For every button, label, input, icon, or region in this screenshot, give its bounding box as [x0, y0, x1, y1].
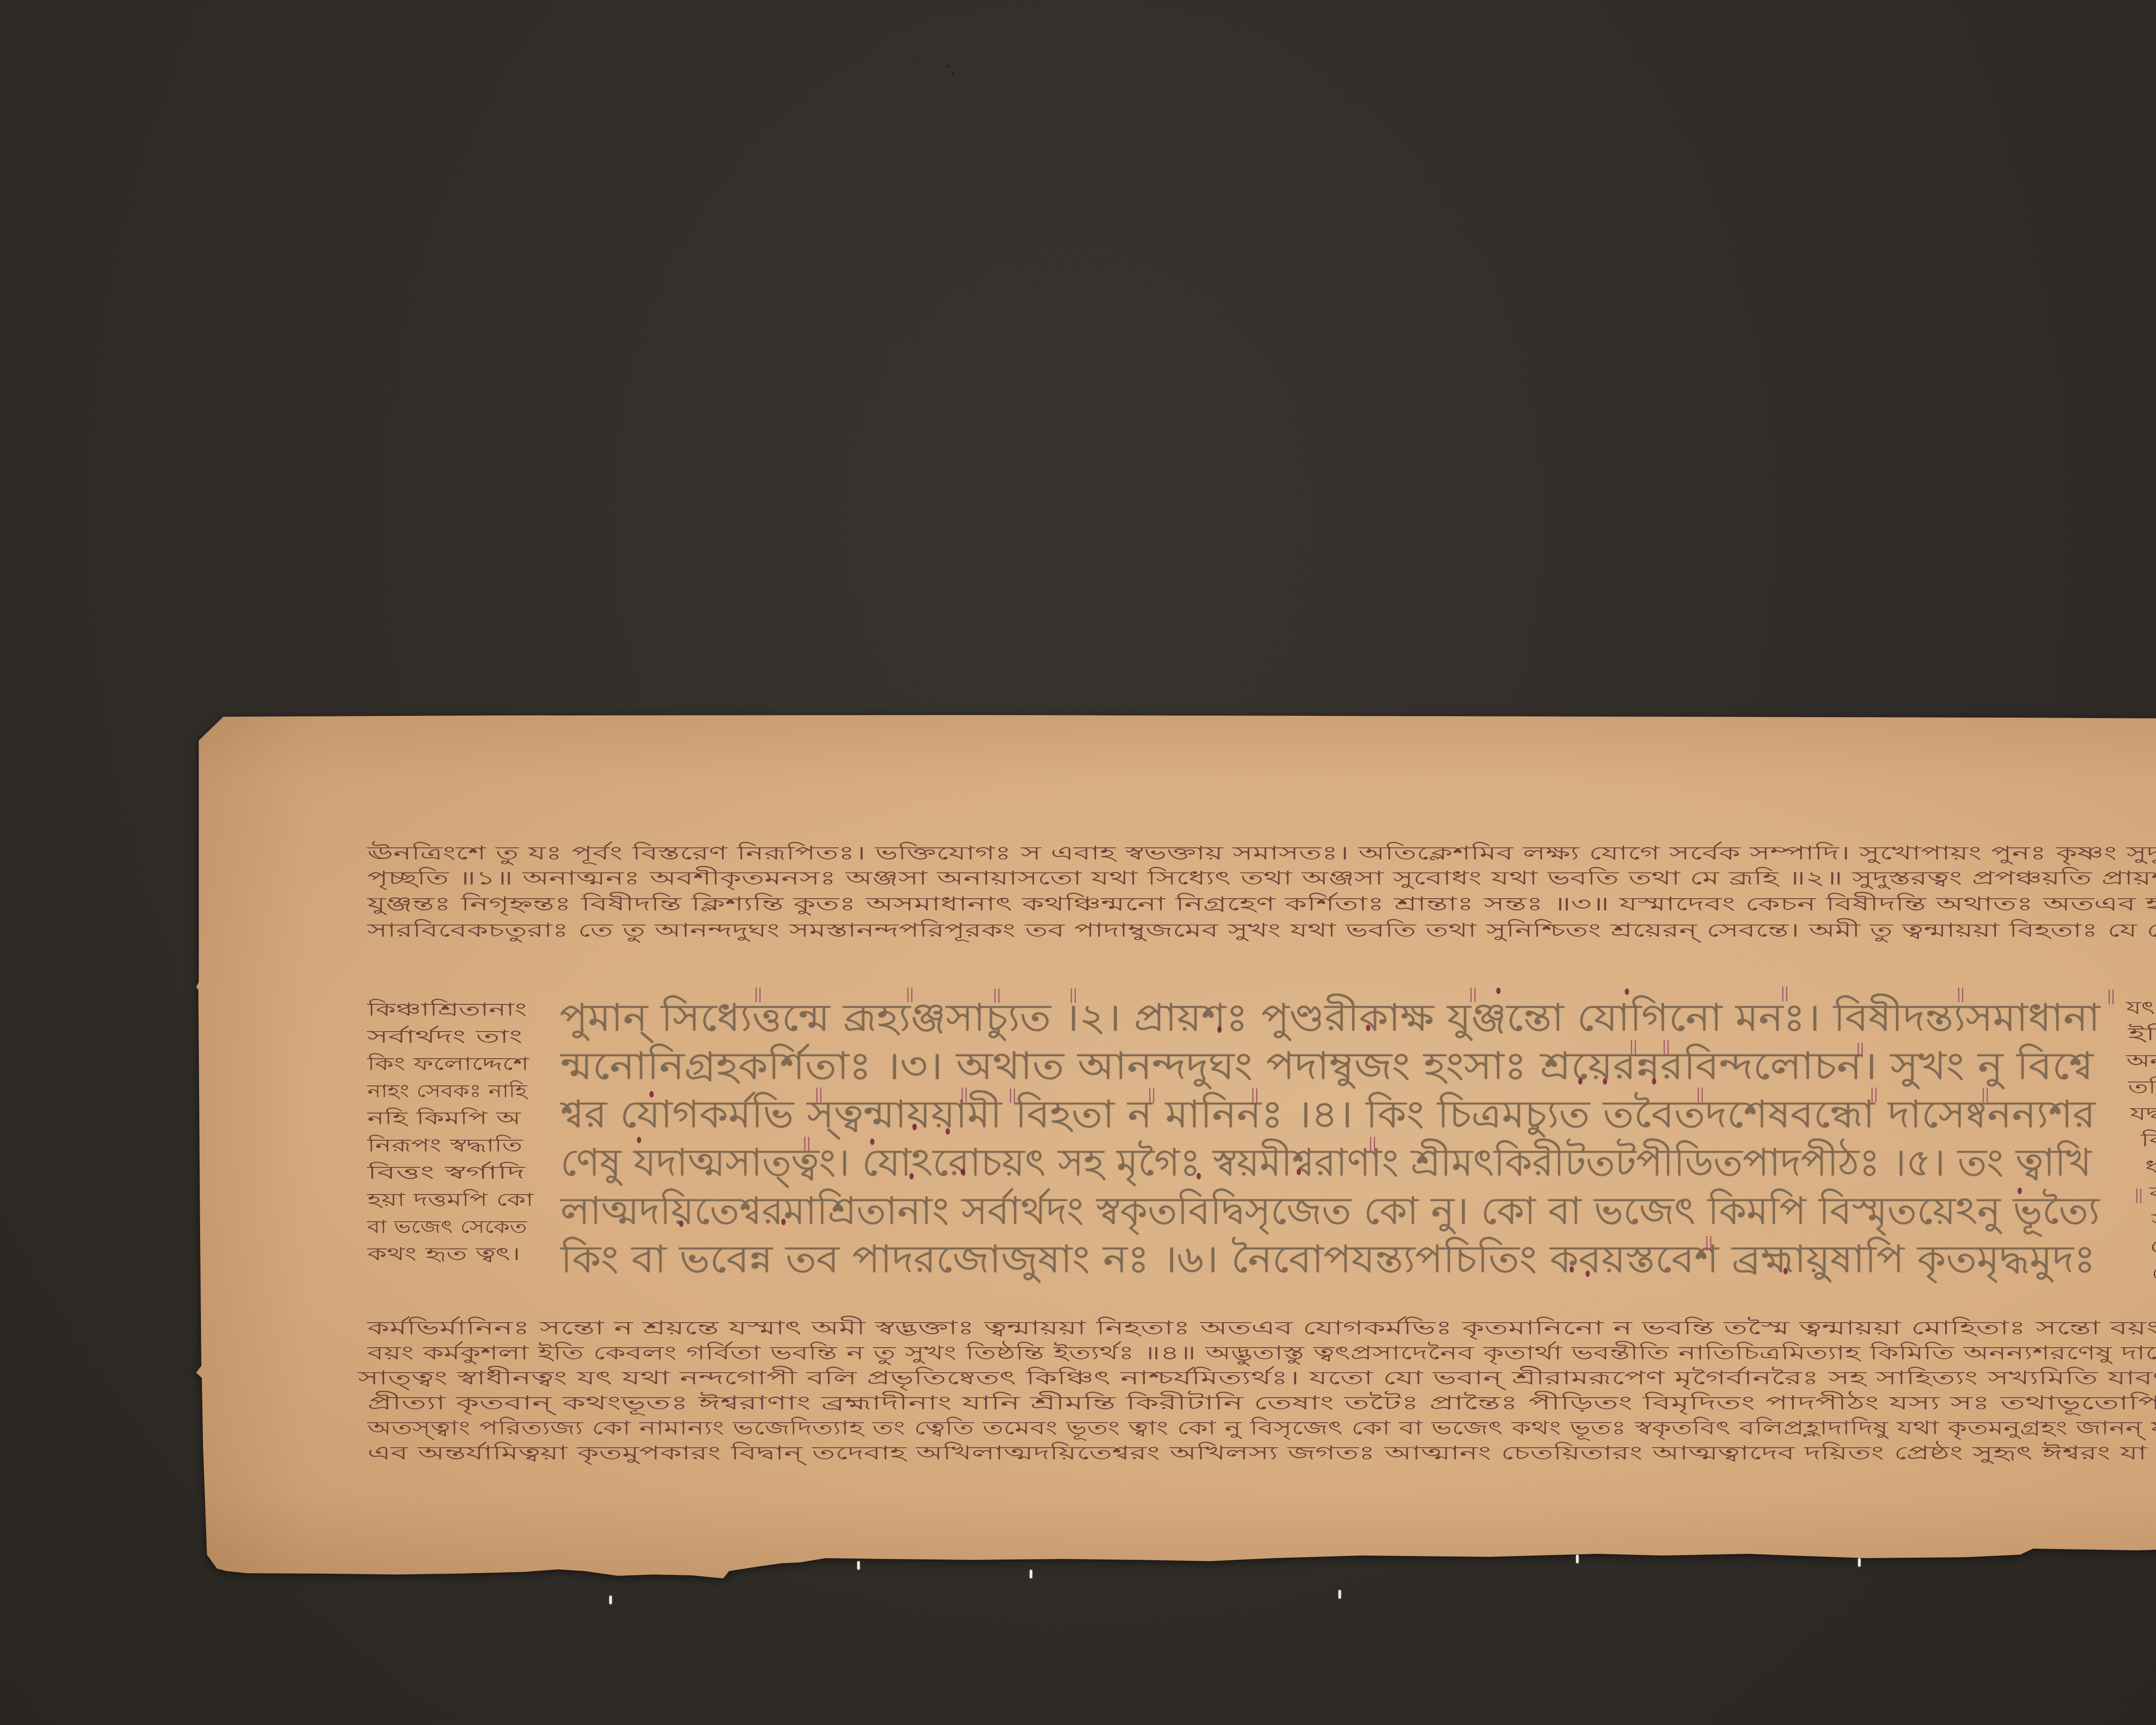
- gloss-line: কিঞ্চাশ্রিতানাং: [367, 997, 527, 1022]
- commentary-line: পৃচ্ছতি ॥১॥ অনাত্মনঃ অবশীকৃতমনসঃ অঞ্জসা …: [367, 866, 2156, 891]
- gloss-line: সং সারস্য বিস্মৃত: [2152, 1207, 2156, 1233]
- gloss-text: নিরূপং স্বদ্ধাতি: [367, 1132, 523, 1158]
- rubric-stroke: [755, 988, 761, 1002]
- commentary-line: কর্মভির্মানিনঃ সন্তো ন শ্রয়ন্তে যস্মাৎ …: [367, 1316, 2156, 1341]
- gloss-text: ইন্দ্রিয়ভোগায়: [2128, 1021, 2156, 1047]
- gloss-line: হয়া দত্তমপি কো: [367, 1187, 533, 1213]
- commentary-line: প্রীত্যা কৃতবান্ কথংভূতঃ ঈশ্বরাণাং ব্রহ্…: [367, 1391, 2156, 1416]
- gloss-text: নাহং সেবকঃ নাহি: [367, 1078, 527, 1104]
- gloss-line: বা ভজেৎ সেকেত: [367, 1214, 527, 1240]
- rubric-stroke: [962, 1088, 967, 1102]
- rubric-stroke: [804, 1137, 809, 1151]
- commentary-line: ঊনত্রিংশে তু যঃ পূর্বং বিস্তরেণ নিরূপিতঃ…: [367, 841, 2156, 866]
- rubric-stroke: [1664, 1040, 1669, 1055]
- rubric-stroke: [1782, 987, 1787, 1001]
- rubric-stroke: [1631, 1040, 1636, 1055]
- gloss-line: সর্বার্থদং তাং: [367, 1024, 523, 1050]
- gloss-line: যদ্বা স্বদ্ধাতি বিত্তং: [2130, 1101, 2156, 1127]
- rubric-dot: [1366, 1025, 1370, 1031]
- gloss-text: বা ভজেৎ সেকেত: [367, 1214, 527, 1240]
- rubric-dot: [909, 1173, 914, 1179]
- rubric-stroke: [1698, 1088, 1703, 1102]
- rubric-dot: [1652, 1078, 1656, 1085]
- rubric-stroke: [2109, 990, 2114, 1004]
- commentary-line: সাত্ত্বং স্বাধীনত্বং যৎ যথা নন্দগোপী বলি…: [358, 1366, 2156, 1391]
- rubric-dot: [1197, 1173, 1201, 1179]
- gloss-line: কথং হৃত ত্বৎ।: [367, 1241, 520, 1267]
- gloss-text: কিঞ্চাশ্রিতানাং: [367, 997, 527, 1022]
- rubric-dot: [1496, 988, 1501, 994]
- pin-head-icon: [609, 1596, 612, 1604]
- pin-head-icon: [857, 1561, 860, 1570]
- verse-text: ণেষু যদাত্মসাত্ত্বং। যোঽরোচয়ৎ সহ মৃগৈঃ …: [561, 1139, 2091, 1186]
- gloss-line: নিরূপং স্বদ্ধাতি: [367, 1132, 523, 1158]
- verse-line: ণেষু যদাত্মসাত্ত্বং। যোঽরোচয়ৎ সহ মৃগৈঃ …: [561, 1139, 2091, 1186]
- rubric-stroke: [1871, 1088, 1877, 1102]
- gloss-text: তদ্বিস্মৃতয়ে ভবতি: [2128, 1074, 2156, 1100]
- commentary-text: কর্মভির্মানিনঃ সন্তো ন শ্রয়ন্তে যস্মাৎ …: [367, 1316, 2156, 1341]
- gloss-text: কিমপি দেবান্তরং: [2141, 1127, 2156, 1153]
- pin-head-icon: [1338, 1590, 1341, 1599]
- commentary-text: প্রীত্যা কৃতবান্ কথংভূতঃ ঈশ্বরাণাং ব্রহ্…: [367, 1391, 2156, 1416]
- verse-text: কিং বা ভবেন্ন তব পাদরজোজুষাং নঃ ।৬। নৈবো…: [561, 1236, 2096, 1283]
- rubric-dot: [781, 1219, 786, 1225]
- rubric-stroke: [1252, 1088, 1257, 1103]
- gloss-line: তদ্বিস্মৃতয়ে ভবতি: [2128, 1074, 2156, 1100]
- rubric-stroke: [816, 1088, 821, 1102]
- rubric-stroke: [1149, 1088, 1154, 1103]
- gloss-text: কো ভজেত নকো: [2152, 1260, 2156, 1286]
- rubric-stroke: [1983, 1088, 1988, 1102]
- pin-head-icon: [1576, 1555, 1579, 1563]
- gloss-line: নহি কিমপি অ: [367, 1105, 520, 1131]
- gloss-text: অনু অনন্তরং এব: [2126, 1048, 2156, 1074]
- gloss-text: কিং ফলোদ্দেশে: [367, 1051, 529, 1077]
- rubric-dot: [1603, 1078, 1607, 1085]
- verse-line: পুমান্ সিধ্যেত্তন্মে ব্রূহ্যঞ্জসাচ্যুত ।…: [560, 994, 2100, 1041]
- gloss-text: হয়া দত্তমপি কো: [367, 1187, 533, 1213]
- commentary-text: সাত্ত্বং স্বাধীনত্বং যৎ যথা নন্দগোপী বলি…: [358, 1366, 2156, 1391]
- verse-text: শ্বর যোগকর্মভি স্ত্বন্মায়য়ামী বিহতা ন …: [561, 1091, 2096, 1138]
- commentary-text: বয়ং কর্মকুশলা ইতি কেবলং গর্বিতা ভবন্তি …: [367, 1341, 2156, 1366]
- gloss-text: কথং হৃত ত্বৎ।: [367, 1241, 520, 1267]
- rubric-dot: [679, 1220, 683, 1227]
- rubric-dot: [912, 1124, 917, 1130]
- rubric-stroke: [1071, 988, 1076, 1003]
- rubric-dot: [870, 1138, 874, 1145]
- rubric-stroke: [1370, 1137, 1375, 1151]
- gloss-text: বা ভূত্যৈ ঐশ্বর্যায়: [2150, 1180, 2156, 1206]
- rubric-stroke: [1010, 1088, 1015, 1103]
- dust-speck: [946, 65, 949, 67]
- gloss-text: ধর্মজ্ঞানাদি সাধনং: [2145, 1154, 2156, 1180]
- gloss-line: অনু অনন্তরং এব: [2126, 1048, 2156, 1074]
- rubric-dot: [946, 1128, 950, 1135]
- commentary-text: অতস্ত্বাং পরিত্যজ্য কো নামান্যং ভজেদিত্য…: [367, 1416, 2156, 1441]
- gloss-line: কিমপি দেবান্তরং: [2141, 1127, 2156, 1153]
- rubric-stroke: [1958, 988, 1963, 1002]
- gloss-line: যৎ কেবলং ভূত্যৈ: [2126, 995, 2156, 1021]
- gloss-line: ইন্দ্রিয়ভোগায়: [2128, 1021, 2156, 1047]
- rubric-stroke: [1706, 1236, 1711, 1251]
- commentary-line: যুঞ্জন্তঃ নিগৃহ্নন্তঃ বিষীদন্তি ক্লিশ্যন…: [367, 892, 2156, 917]
- rubric-dot: [1625, 988, 1629, 995]
- rubric-dot: [1297, 1169, 1301, 1175]
- gloss-line: নাহং সেবকঃ নাহি: [367, 1078, 527, 1104]
- pin-head-icon: [1858, 1558, 1861, 1567]
- rubric-dot: [2018, 1188, 2022, 1194]
- rubric-dot: [649, 1091, 654, 1098]
- gloss-text: সর্বার্থদং তাং: [367, 1024, 523, 1050]
- rubric-dot: [637, 1137, 641, 1143]
- gloss-line: ধর্মজ্ঞানাদি সাধনং: [2145, 1154, 2156, 1180]
- rubric-stroke: [994, 988, 1000, 1003]
- gloss-text: নহি কিমপি অ: [367, 1105, 521, 1131]
- gloss-text: যে মোক্ষায় বা: [2150, 1233, 2156, 1259]
- rubric-dot: [1578, 1078, 1583, 1085]
- verse-text: ন্মনোনিগ্রহকর্শিতাঃ ।৩। অথাত আনন্দদুঘং প…: [561, 1042, 2093, 1090]
- gloss-line: কো ভজেত নকো: [2152, 1260, 2156, 1286]
- gloss-line: যে মোক্ষায় বা: [2150, 1233, 2156, 1259]
- pin-head-icon: [1030, 1570, 1032, 1578]
- commentary-text: সারবিবেকচতুরাঃ তে তু আনন্দদুঘং সমস্তানন্…: [367, 918, 2156, 943]
- rubric-dot: [1783, 1268, 1788, 1274]
- gloss-line: বিত্তং স্বর্গাদি: [367, 1160, 525, 1186]
- commentary-line: অতস্ত্বাং পরিত্যজ্য কো নামান্যং ভজেদিত্য…: [367, 1416, 2156, 1441]
- commentary-line: এব অন্তর্যামিত্বয়া কৃতমুপকারং বিদ্বান্ …: [367, 1441, 2156, 1466]
- gloss-line: বা ভূত্যৈ ঐশ্বর্যায়: [2150, 1180, 2156, 1206]
- commentary-line: বয়ং কর্মকুশলা ইতি কেবলং গর্বিতা ভবন্তি …: [367, 1341, 2156, 1366]
- gloss-text: সং সারস্য বিস্মৃত: [2152, 1207, 2156, 1233]
- verse-text: পুমান্ সিধ্যেত্তন্মে ব্রূহ্যঞ্জসাচ্যুত ।…: [560, 994, 2100, 1041]
- commentary-text: পৃচ্ছতি ॥১॥ অনাত্মনঃ অবশীকৃতমনসঃ অঞ্জসা …: [367, 866, 2156, 891]
- dust-speck: [952, 72, 955, 75]
- rubric-dot: [1586, 1270, 1590, 1277]
- verse-line: শ্বর যোগকর্মভি স্ত্বন্মায়য়ামী বিহতা ন …: [561, 1091, 2096, 1138]
- rubric-dot: [1217, 1026, 1222, 1033]
- gloss-line: কিং ফলোদ্দেশে: [367, 1051, 529, 1077]
- rubric-stroke: [1858, 1043, 1863, 1057]
- verse-text: লাত্মদয়িতেশ্বরমাশ্রিতানাং সর্বার্থদং স্…: [561, 1187, 2100, 1235]
- gloss-text: যৎ কেবলং ভূত্যৈ: [2126, 995, 2156, 1021]
- rubric-dot: [1570, 1266, 1574, 1273]
- rubric-stroke: [1470, 988, 1476, 1002]
- verse-line: লাত্মদয়িতেশ্বরমাশ্রিতানাং সর্বার্থদং স্…: [561, 1187, 2100, 1235]
- commentary-line: সারবিবেকচতুরাঃ তে তু আনন্দদুঘং সমস্তানন্…: [367, 918, 2156, 943]
- commentary-text: এব অন্তর্যামিত্বয়া কৃতমুপকারং বিদ্বান্ …: [367, 1441, 2156, 1466]
- rubric-stroke: [907, 988, 912, 1002]
- gloss-text: যদ্বা স্বদ্ধাতি বিত্তং: [2130, 1101, 2156, 1127]
- dust-speck: [914, 60, 916, 62]
- commentary-text: যুঞ্জন্তঃ নিগৃহ্নন্তঃ বিষীদন্তি ক্লিশ্যন…: [367, 892, 2156, 917]
- gloss-text: বিত্তং স্বর্গাদি: [367, 1160, 525, 1186]
- verse-line: কিং বা ভবেন্ন তব পাদরজোজুষাং নঃ ।৬। নৈবো…: [561, 1236, 2096, 1283]
- rubric-dot: [961, 1169, 965, 1175]
- verse-line: ন্মনোনিগ্রহকর্শিতাঃ ।৩। অথাত আনন্দদুঘং প…: [561, 1042, 2093, 1090]
- rubric-stroke: [2136, 1189, 2141, 1203]
- commentary-text: ঊনত্রিংশে তু যঃ পূর্বং বিস্তরেণ নিরূপিতঃ…: [367, 841, 2156, 866]
